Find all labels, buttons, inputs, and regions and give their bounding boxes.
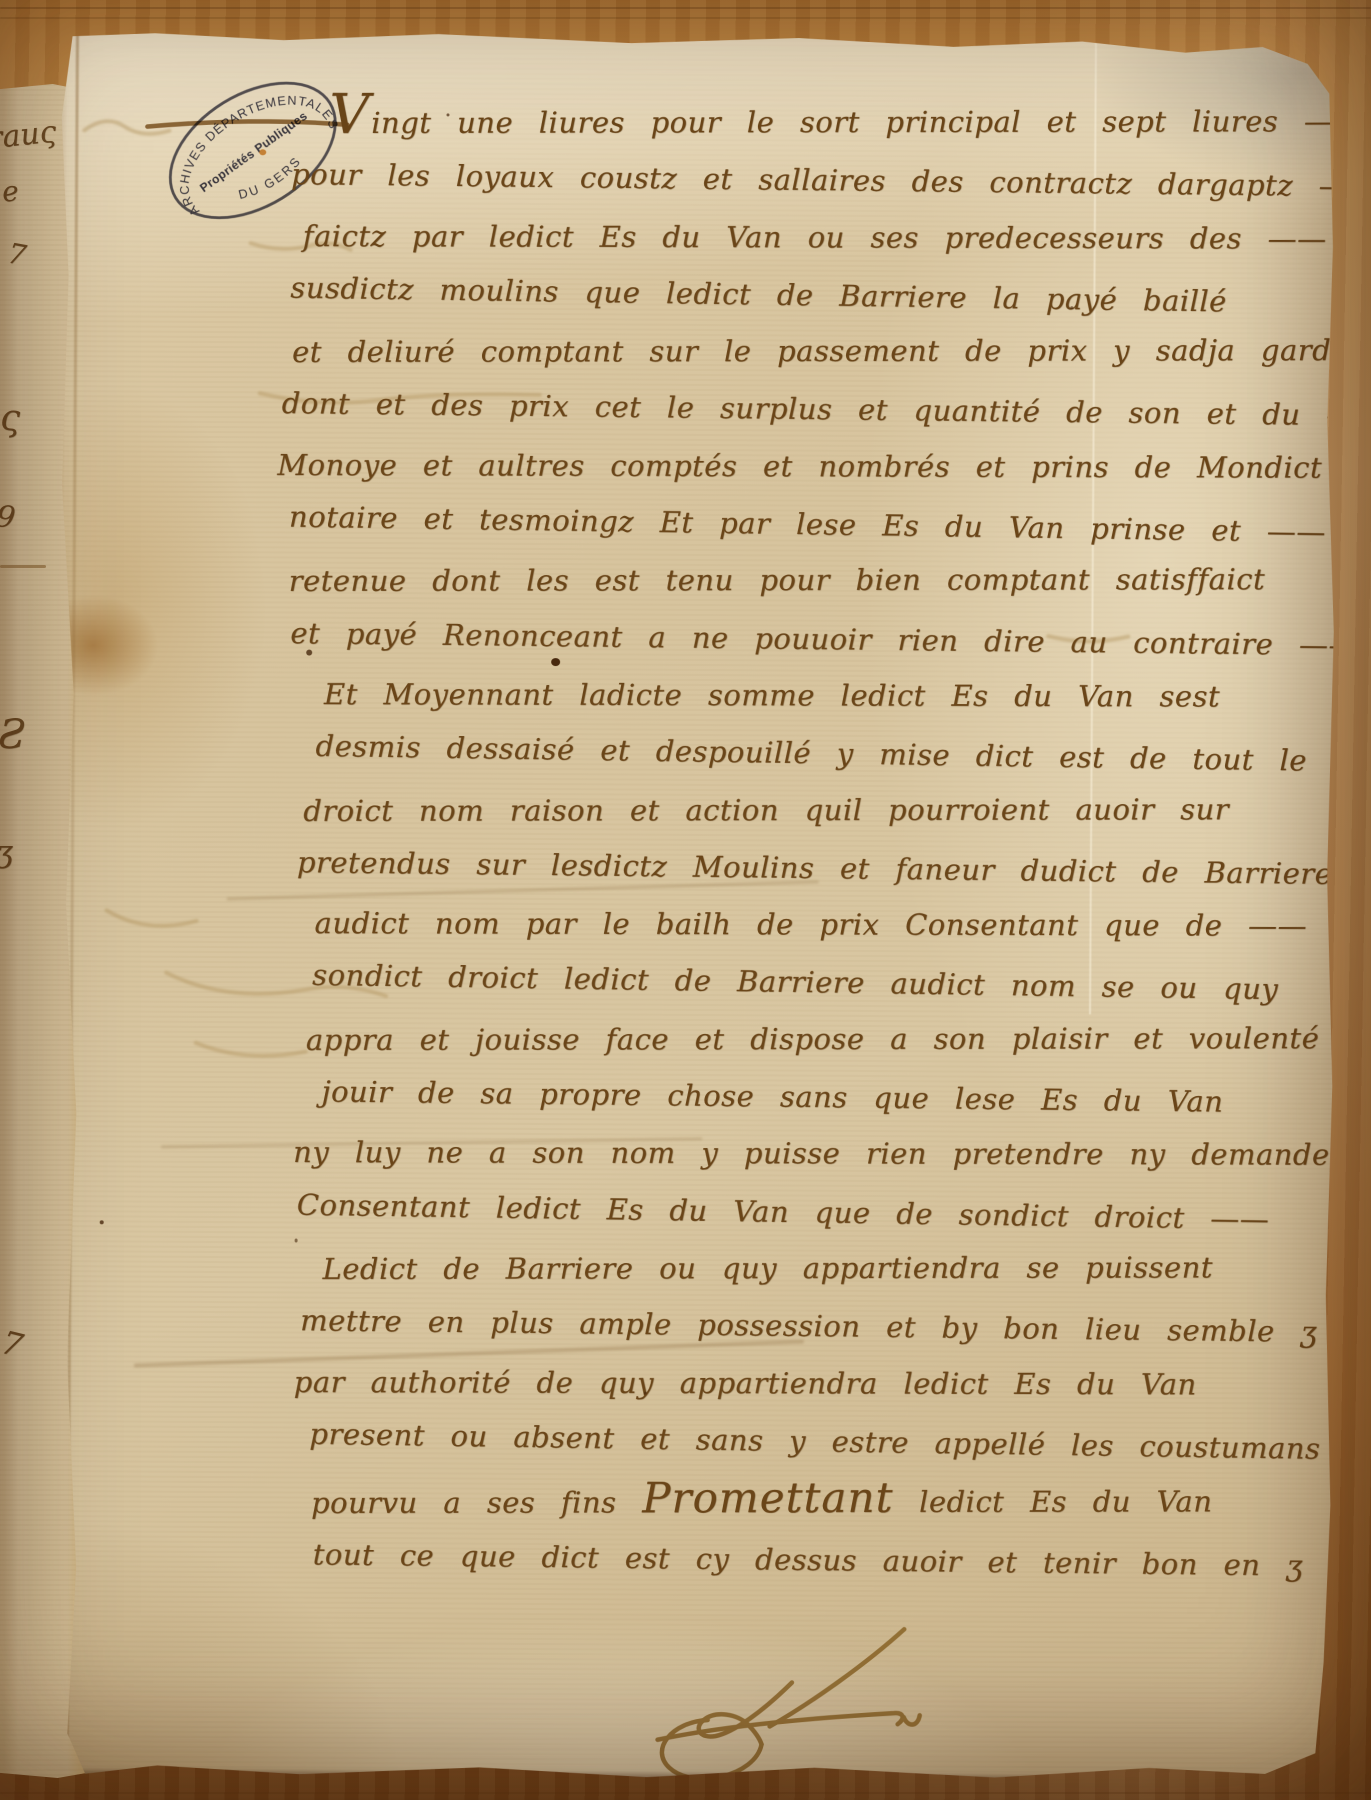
manuscript-line: jouir de sa propre chose sans que lese E…	[321, 1063, 1172, 1130]
manuscript-line: Consentant ledict Es du Van que de sondi…	[296, 1176, 1171, 1246]
promettant-word: Promettant	[642, 1473, 893, 1522]
fly-speck	[446, 113, 449, 116]
wood-grain-line	[0, 1792, 1371, 1794]
line-pre-text: pourvu a ses fins	[311, 1486, 616, 1521]
ink-fragment: e	[1, 174, 20, 208]
ink-fragment: 7	[0, 1323, 27, 1365]
manuscript-text: Vingt une liures pour le sort principal …	[282, 91, 1177, 1591]
manuscript-line: Et Moyennant ladicte somme ledict Es du …	[324, 666, 1174, 726]
ink-fragment: ς	[0, 398, 20, 439]
manuscript-line: et deliuré comptant sur le passement de …	[292, 323, 1176, 382]
manuscript-line: mettre en plus ample possession et by bo…	[300, 1292, 1171, 1359]
stamp-ink-speck	[259, 149, 266, 155]
ink-blob	[551, 658, 560, 666]
manuscript-page: ARCHIVES DÉPARTEMENTALES DU GERS Proprié…	[41, 30, 1340, 1785]
manuscript-line: notaire et tesmoingz Et par lese Es du V…	[289, 489, 1176, 559]
manuscript-line: et payé Renonceant a ne pouuoir rien dir…	[290, 605, 1175, 672]
manuscript-line: Ledict de Barriere ou quy appartiendra s…	[322, 1239, 1170, 1298]
manuscript-line: Monoye et aultres comptés et nombrés et …	[277, 437, 1175, 497]
manuscript-line: ny luy ne a son nom y puisse rien preten…	[293, 1124, 1171, 1184]
ink-blob	[306, 650, 312, 656]
manuscript-line: par authorité de quy appartiendra ledict…	[294, 1354, 1170, 1414]
wood-grain-line	[0, 17, 1371, 19]
manuscript-line: susdictz moulins que ledict de Barriere …	[290, 259, 1177, 329]
manuscript-line: audict nom par le bailh de prix Consenta…	[314, 895, 1172, 955]
fly-speck	[295, 1239, 298, 1243]
ink-fragment: 7	[5, 237, 28, 273]
manuscript-line: retenue dont les est tenu pour bien comp…	[289, 552, 1175, 611]
manuscript-line: appra et jouisse face et dispose a son p…	[306, 1010, 1172, 1069]
wood-grain-line	[0, 7, 1371, 9]
line-post-text: ledict Es du Van	[919, 1485, 1212, 1520]
ruled-pen-mark	[0, 565, 46, 568]
fly-speck	[1070, 306, 1073, 309]
photo-scene: rauς e 7 ς 9 Ƨ ʒ 7	[0, 0, 1371, 1800]
ink-fragment: ʒ	[0, 835, 13, 870]
ink-fragment: 9	[0, 499, 17, 536]
manuscript-line: pour les loyaux coustz et sallaires des …	[291, 146, 1178, 213]
manuscript-line: pretendus sur lesdictz Moulins et faneur…	[297, 834, 1174, 901]
ink-fragment: rauς	[0, 115, 58, 157]
fly-speck	[100, 1220, 104, 1224]
fly-speck	[644, 1392, 647, 1395]
manuscript-line: present ou absent et sans y estre appell…	[309, 1406, 1170, 1476]
manuscript-line-promettant: pourvu a ses fins Promettant ledict Es d…	[311, 1469, 1169, 1533]
manuscript-line: sondict droict ledict de Barriere audict…	[312, 947, 1173, 1017]
manuscript-line: dont et des prix cet le surplus et quant…	[281, 376, 1176, 443]
ink-fragment: Ƨ	[0, 712, 25, 758]
manuscript-line: droict nom raison et action quil pourroi…	[303, 781, 1173, 840]
manuscript-line: Vingt une liures pour le sort principal …	[329, 94, 1177, 153]
signature-paraph	[641, 1620, 942, 1792]
manuscript-line: faictz par ledict Es du Van ou ses prede…	[303, 208, 1177, 268]
manuscript-line: desmis dessaisé et despouillé y mise dic…	[315, 718, 1174, 788]
manuscript-line: tout ce que dict est cy dessus auoir et …	[312, 1527, 1169, 1594]
